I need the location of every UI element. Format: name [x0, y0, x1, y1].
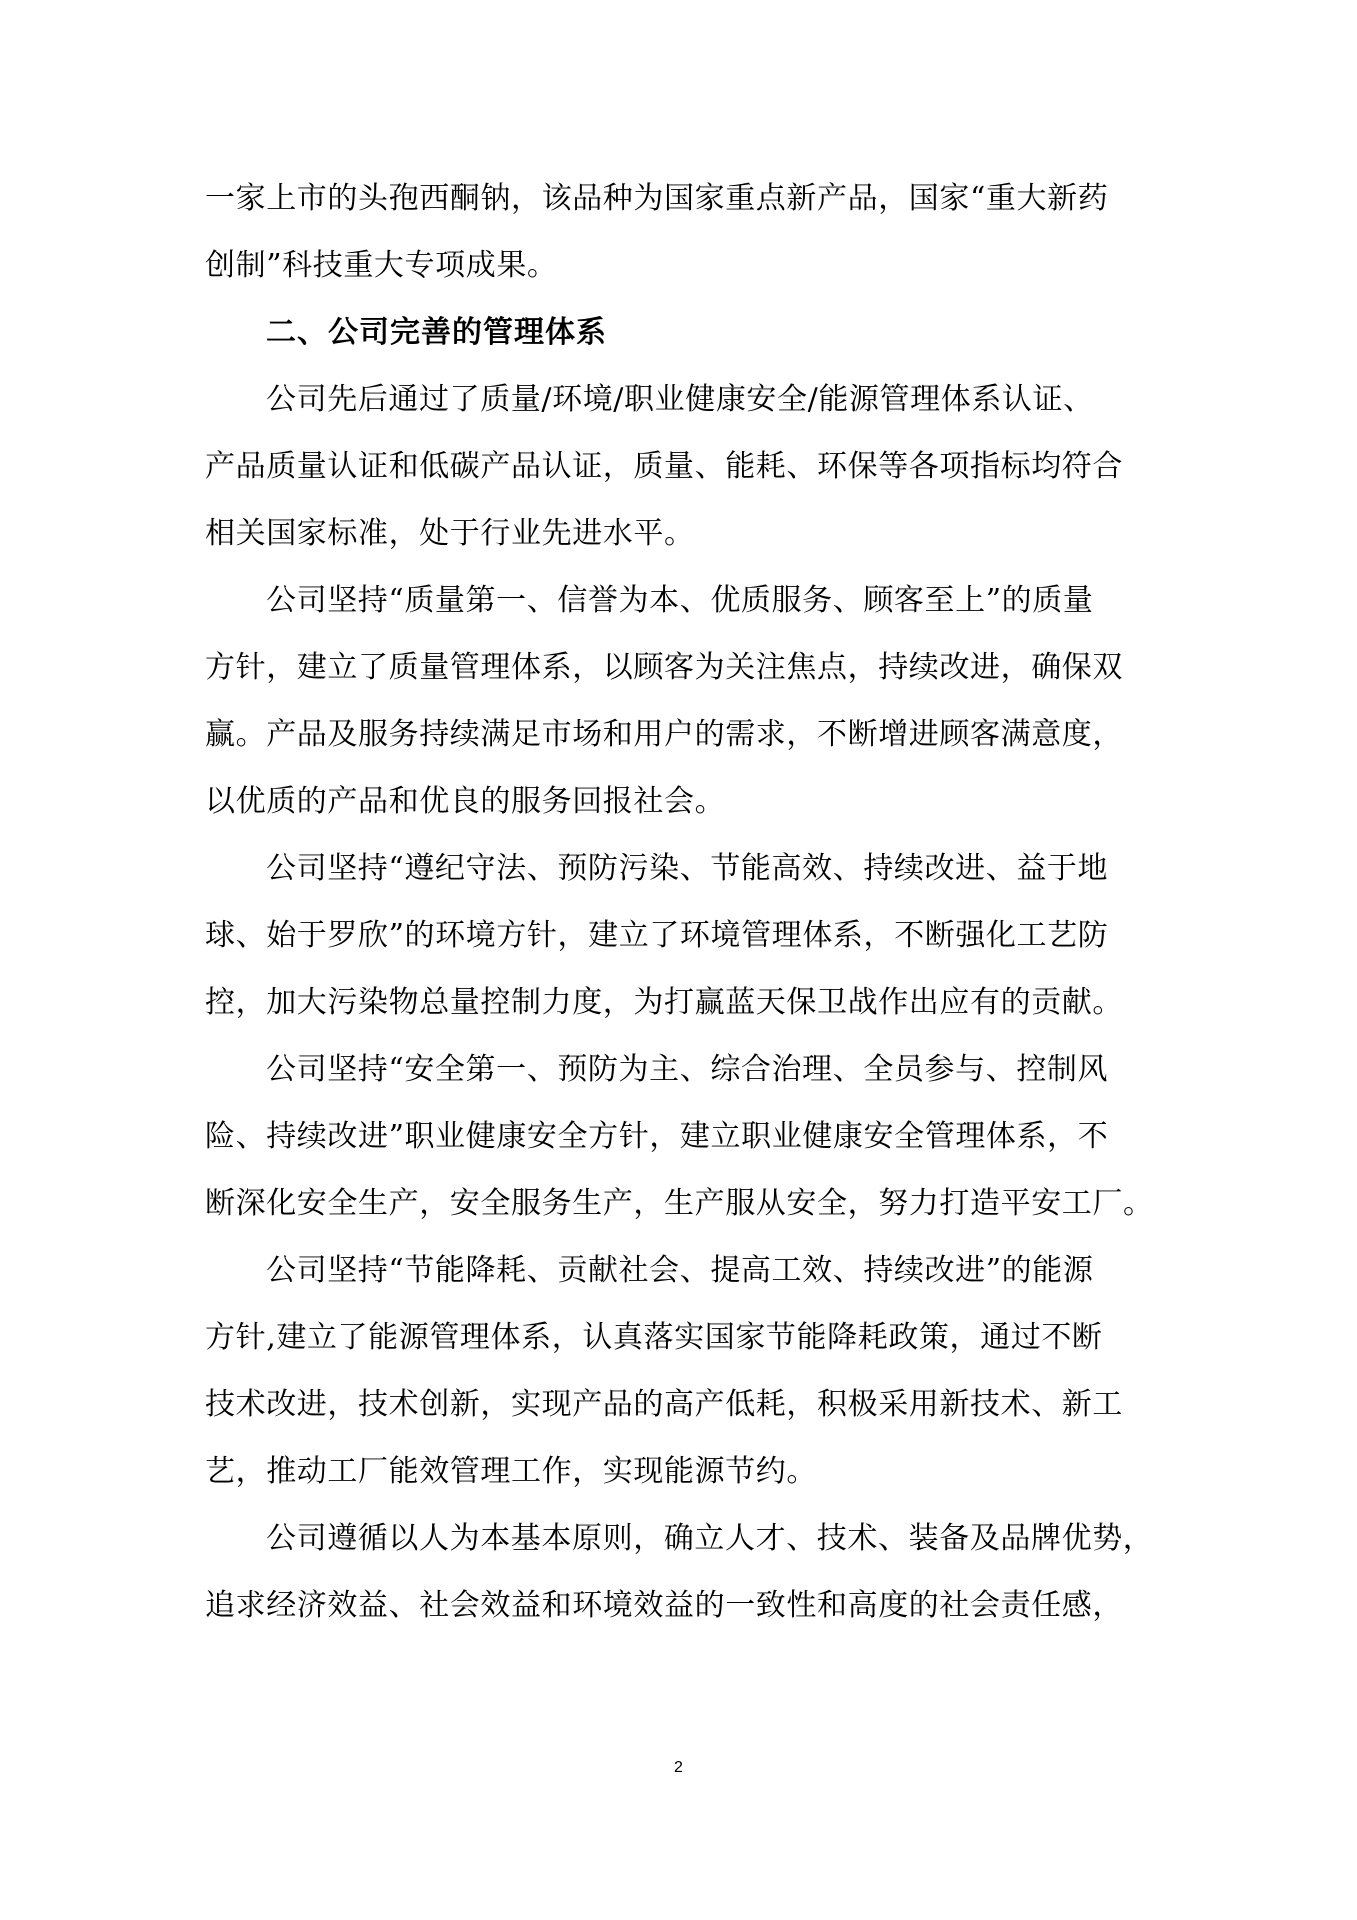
- section-heading: 二、公司完善的管理体系: [205, 310, 1170, 377]
- paragraph-safety-policy: 公司坚持“安全第一、预防为主、综合治理、全员参与、控制风 险、持续改进”职业健康…: [205, 1047, 1170, 1248]
- text-line: 公司坚持“安全第一、预防为主、综合治理、全员参与、控制风: [205, 1047, 1170, 1114]
- paragraph-certifications: 公司先后通过了质量/环境/职业健康安全/能源管理体系认证、 产品质量认证和低碳产…: [205, 377, 1170, 578]
- text-line: 方针,建立了能源管理体系，认真落实国家节能降耗政策，通过不断: [205, 1315, 1170, 1382]
- text-line: 球、始于罗欣”的环境方针，建立了环境管理体系，不断强化工艺防: [205, 913, 1170, 980]
- document-page: 一家上市的头孢西酮钠，该品种为国家重点新产品，国家“重大新药 创制”科技重大专项…: [0, 0, 1357, 1920]
- paragraph-quality-policy: 公司坚持“质量第一、信誉为本、优质服务、顾客至上”的质量 方针，建立了质量管理体…: [205, 578, 1170, 846]
- document-body: 一家上市的头孢西酮钠，该品种为国家重点新产品，国家“重大新药 创制”科技重大专项…: [205, 176, 1170, 1650]
- text-line: 创制”科技重大专项成果。: [205, 243, 1170, 310]
- text-line: 相关国家标准，处于行业先进水平。: [205, 511, 1170, 578]
- text-line: 公司先后通过了质量/环境/职业健康安全/能源管理体系认证、: [205, 377, 1170, 444]
- text-line: 追求经济效益、社会效益和环境效益的一致性和高度的社会责任感，: [205, 1583, 1170, 1650]
- text-line: 公司坚持“质量第一、信誉为本、优质服务、顾客至上”的质量: [205, 578, 1170, 645]
- text-line: 控，加大污染物总量控制力度，为打赢蓝天保卫战作出应有的贡献。: [205, 980, 1170, 1047]
- text-line: 断深化安全生产，安全服务生产，生产服从安全，努力打造平安工厂。: [205, 1181, 1170, 1248]
- text-line: 以优质的产品和优良的服务回报社会。: [205, 779, 1170, 846]
- text-line: 方针，建立了质量管理体系，以顾客为关注焦点，持续改进，确保双: [205, 645, 1170, 712]
- heading-text: 二、公司完善的管理体系: [205, 310, 1170, 377]
- text-line: 一家上市的头孢西酮钠，该品种为国家重点新产品，国家“重大新药: [205, 176, 1170, 243]
- paragraph-people-oriented: 公司遵循以人为本基本原则，确立人才、技术、装备及品牌优势， 追求经济效益、社会效…: [205, 1516, 1170, 1650]
- paragraph-environment-policy: 公司坚持“遵纪守法、预防污染、节能高效、持续改进、益于地 球、始于罗欣”的环境方…: [205, 846, 1170, 1047]
- paragraph-continuation: 一家上市的头孢西酮钠，该品种为国家重点新产品，国家“重大新药 创制”科技重大专项…: [205, 176, 1170, 310]
- page-number: 2: [0, 1758, 1357, 1778]
- paragraph-energy-policy: 公司坚持“节能降耗、贡献社会、提高工效、持续改进”的能源 方针,建立了能源管理体…: [205, 1248, 1170, 1516]
- text-line: 险、持续改进”职业健康安全方针，建立职业健康安全管理体系，不: [205, 1114, 1170, 1181]
- text-line: 公司坚持“遵纪守法、预防污染、节能高效、持续改进、益于地: [205, 846, 1170, 913]
- text-line: 艺，推动工厂能效管理工作，实现能源节约。: [205, 1449, 1170, 1516]
- text-line: 技术改进，技术创新，实现产品的高产低耗，积极采用新技术、新工: [205, 1382, 1170, 1449]
- text-line: 赢。产品及服务持续满足市场和用户的需求，不断增进顾客满意度，: [205, 712, 1170, 779]
- text-line: 产品质量认证和低碳产品认证，质量、能耗、环保等各项指标均符合: [205, 444, 1170, 511]
- text-line: 公司遵循以人为本基本原则，确立人才、技术、装备及品牌优势，: [205, 1516, 1170, 1583]
- text-line: 公司坚持“节能降耗、贡献社会、提高工效、持续改进”的能源: [205, 1248, 1170, 1315]
